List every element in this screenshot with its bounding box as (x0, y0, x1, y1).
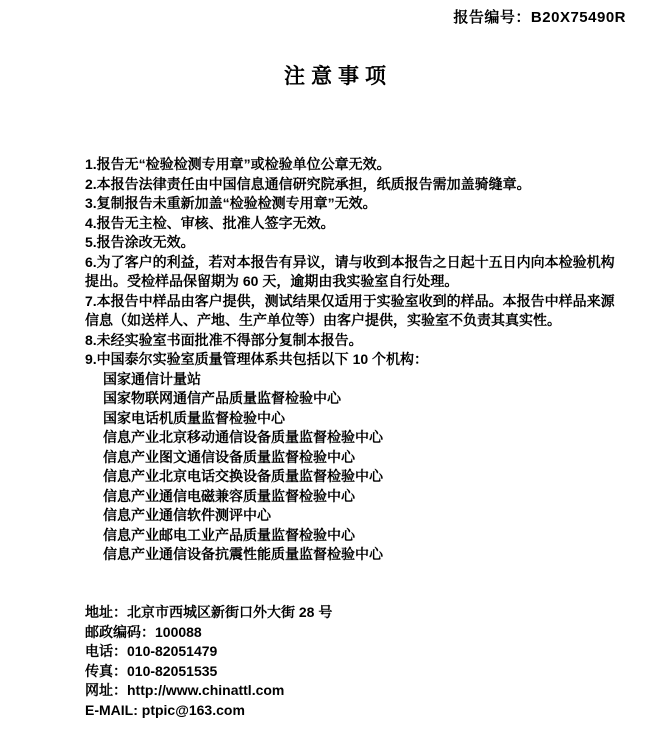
report-number: 报告编号：B20X75490R (453, 6, 626, 27)
contact-postcode-label: 邮政编码： (85, 624, 155, 640)
contact-postcode-value: 100088 (155, 624, 202, 640)
contact-phone-label: 电话： (85, 643, 127, 659)
notice-list: 1.报告无“检验检测专用章”或检验单位公章无效。 2.本报告法律责任由中国信息通… (85, 155, 615, 565)
institution-item-4: 信息产业北京移动通信设备质量监督检验中心 (103, 428, 615, 448)
contact-fax: 传真：010-82051535 (85, 662, 332, 682)
contact-fax-label: 传真： (85, 663, 127, 679)
report-number-value: B20X75490R (531, 9, 626, 26)
institution-item-10: 信息产业通信设备抗震性能质量监督检验中心 (103, 545, 615, 565)
institution-item-7: 信息产业通信电磁兼容质量监督检验中心 (103, 487, 615, 507)
page-title: 注意事项 (0, 60, 670, 90)
notice-item-2: 2.本报告法律责任由中国信息通信研究院承担，纸质报告需加盖骑缝章。 (85, 175, 615, 195)
notice-item-3: 3.复制报告未重新加盖“检验检测专用章”无效。 (85, 194, 615, 214)
contact-address-value: 北京市西城区新街口外大街 28 号 (127, 604, 332, 620)
institution-item-2: 国家物联网通信产品质量监督检验中心 (103, 389, 615, 409)
report-number-label: 报告编号： (453, 9, 531, 26)
notice-item-9: 9.中国泰尔实验室质量管理体系共包括以下 10 个机构： (85, 350, 615, 370)
contact-email-value: ptpic@163.com (142, 702, 245, 718)
notice-item-1: 1.报告无“检验检测专用章”或检验单位公章无效。 (85, 155, 615, 175)
contact-postcode: 邮政编码：100088 (85, 623, 332, 643)
notice-item-5: 5.报告涂改无效。 (85, 233, 615, 253)
document-page: 报告编号：B20X75490R 注意事项 1.报告无“检验检测专用章”或检验单位… (0, 0, 670, 756)
contact-email-label: E-MAIL: (85, 702, 142, 718)
contact-phone: 电话：010-82051479 (85, 642, 332, 662)
institution-list: 国家通信计量站 国家物联网通信产品质量监督检验中心 国家电话机质量监督检验中心 … (85, 370, 615, 565)
contact-website-label: 网址： (85, 682, 127, 698)
contact-phone-value: 010-82051479 (127, 643, 217, 659)
notice-item-8: 8.未经实验室书面批准不得部分复制本报告。 (85, 331, 615, 351)
institution-item-3: 国家电话机质量监督检验中心 (103, 409, 615, 429)
institution-item-5: 信息产业图文通信设备质量监督检验中心 (103, 448, 615, 468)
institution-item-6: 信息产业北京电话交换设备质量监督检验中心 (103, 467, 615, 487)
notice-item-6: 6.为了客户的利益，若对本报告有异议，请与收到本报告之日起十五日内向本检验机构提… (85, 253, 615, 292)
contact-email: E-MAIL: ptpic@163.com (85, 701, 332, 721)
contact-fax-value: 010-82051535 (127, 663, 217, 679)
contact-block: 地址：北京市西城区新街口外大街 28 号 邮政编码：100088 电话：010-… (85, 603, 332, 721)
contact-website: 网址：http://www.chinattl.com (85, 681, 332, 701)
institution-item-1: 国家通信计量站 (103, 370, 615, 390)
institution-item-9: 信息产业邮电工业产品质量监督检验中心 (103, 526, 615, 546)
notice-item-4: 4.报告无主检、审核、批准人签字无效。 (85, 214, 615, 234)
notice-item-7: 7.本报告中样品由客户提供，测试结果仅适用于实验室收到的样品。本报告中样品来源信… (85, 292, 615, 331)
contact-website-value: http://www.chinattl.com (127, 682, 284, 698)
contact-address: 地址：北京市西城区新街口外大街 28 号 (85, 603, 332, 623)
contact-address-label: 地址： (85, 604, 127, 620)
institution-item-8: 信息产业通信软件测评中心 (103, 506, 615, 526)
